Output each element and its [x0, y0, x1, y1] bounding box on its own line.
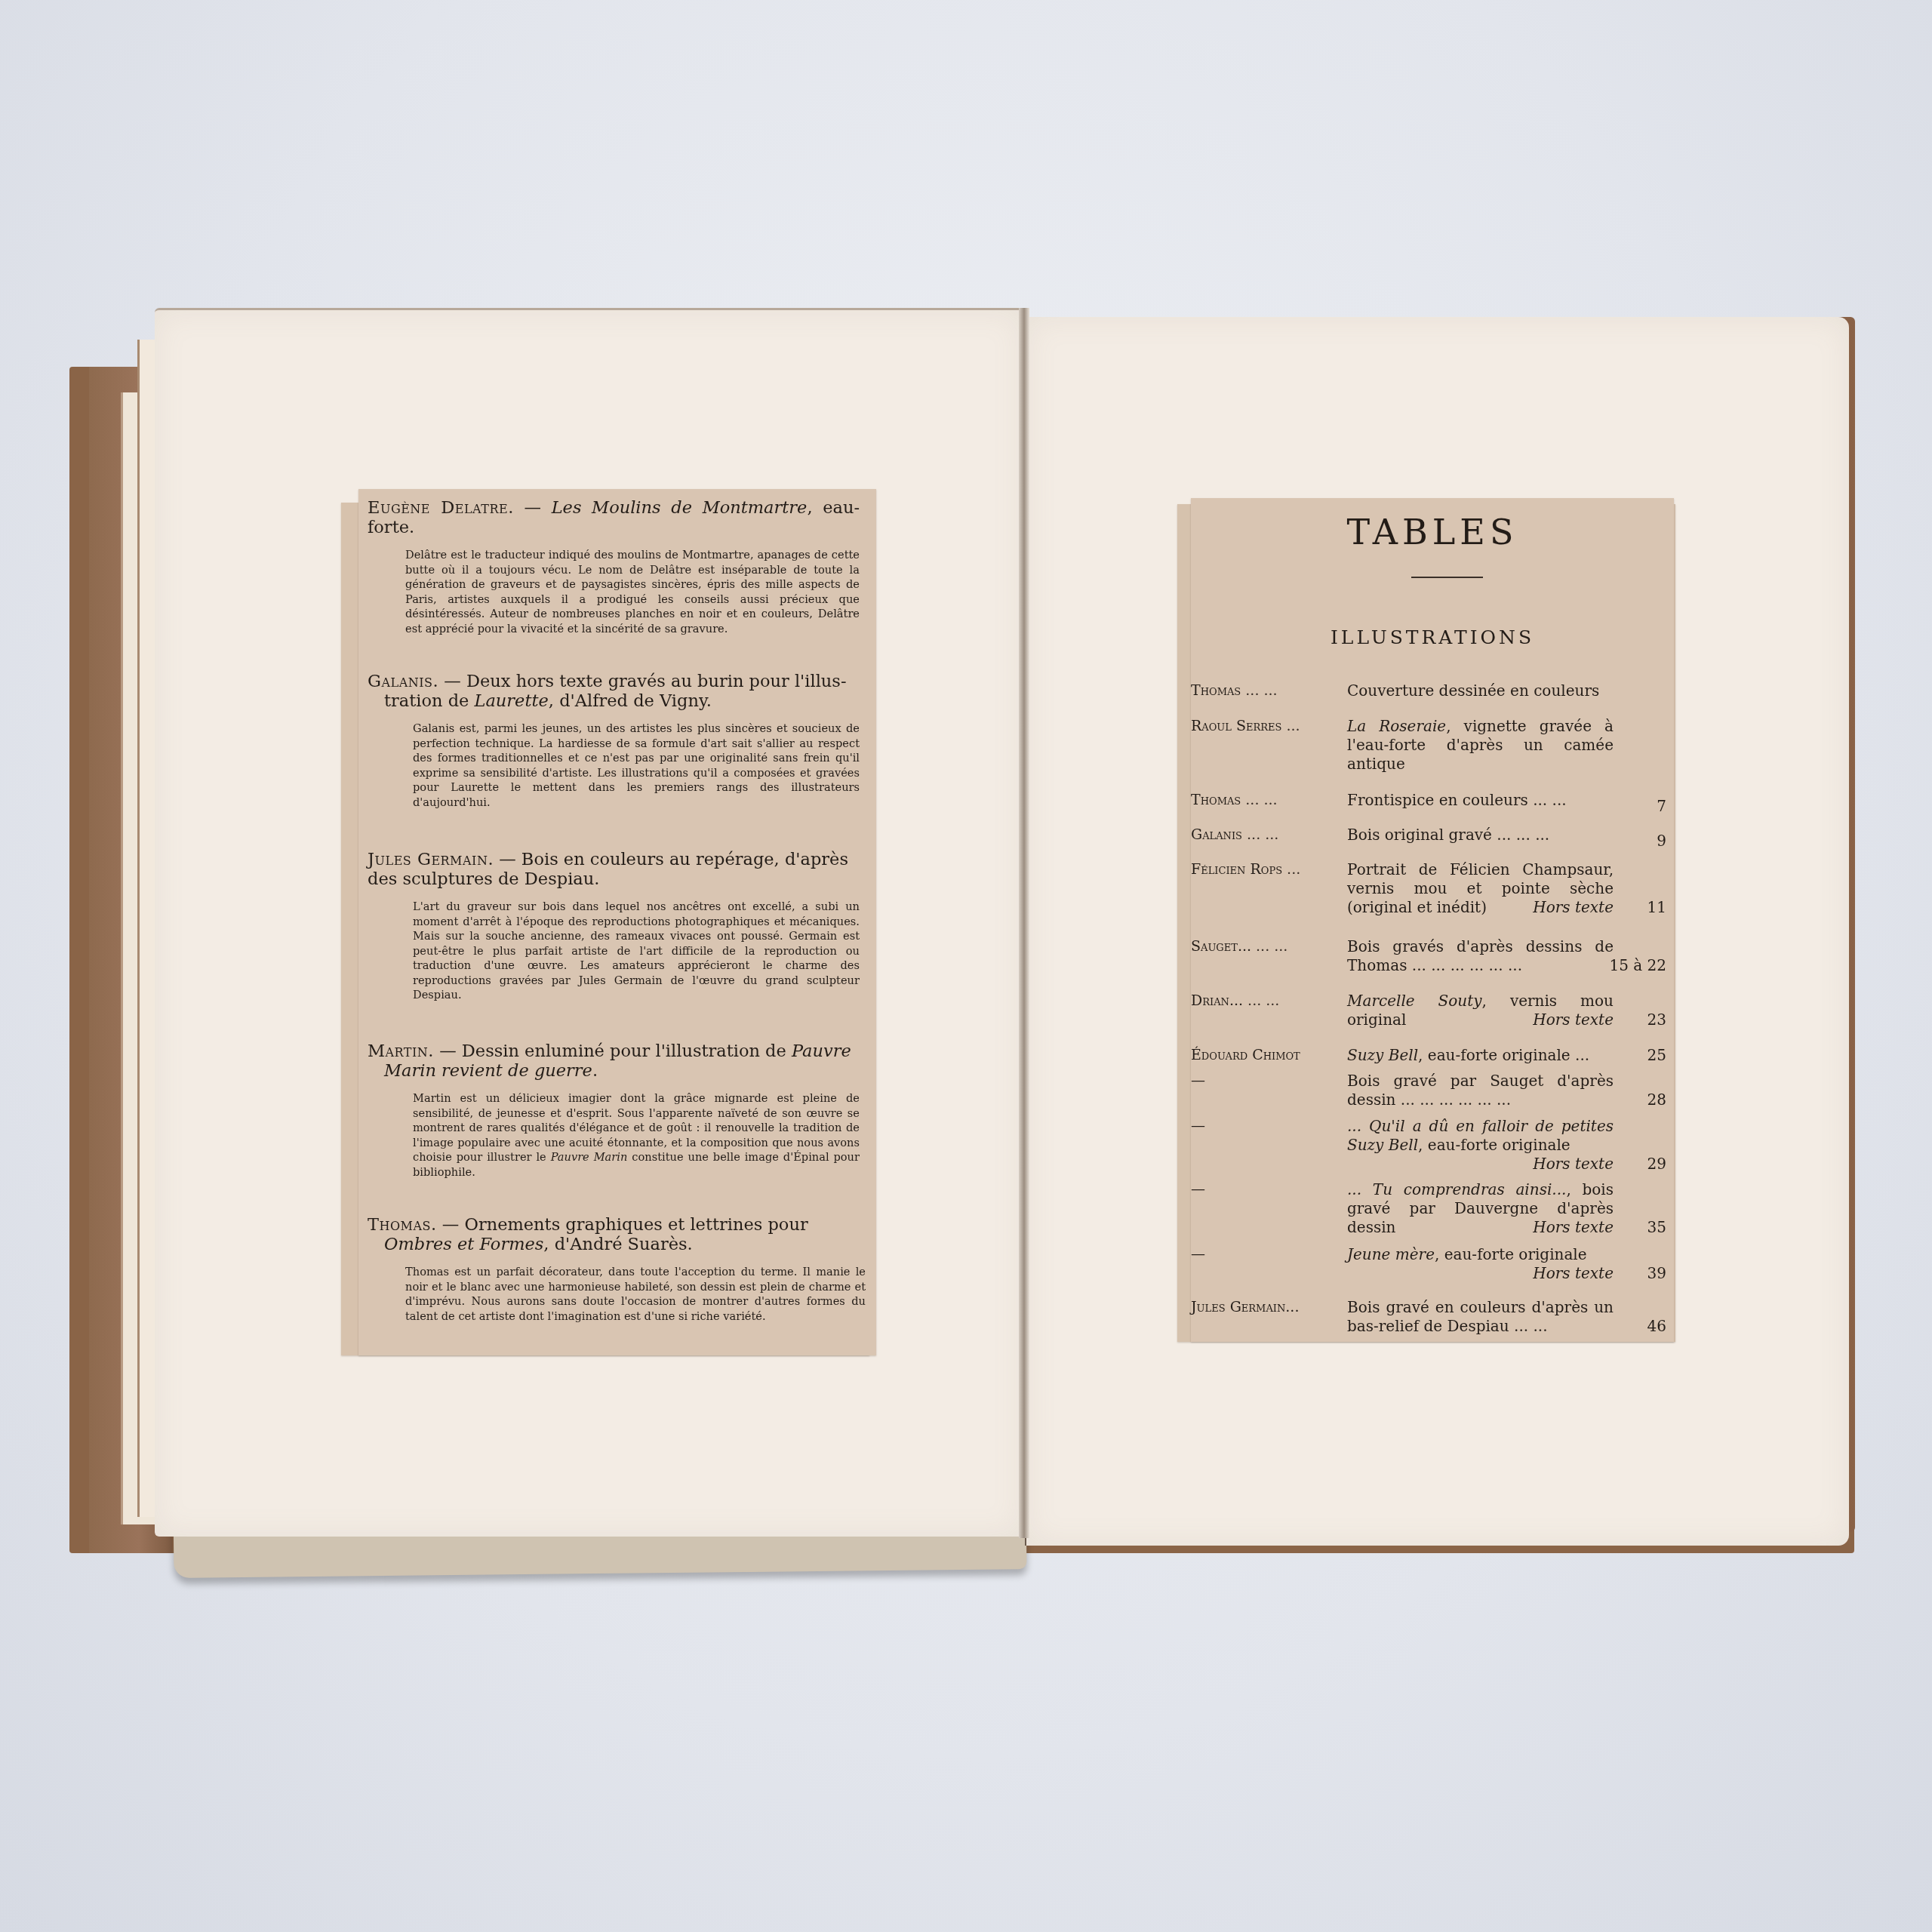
work-title: Jeune mère: [1347, 1245, 1435, 1263]
row-description: Bois gravé en couleurs d'après un bas-re…: [1347, 1298, 1614, 1336]
dot-leader: ... ...: [1251, 938, 1287, 955]
artist-name: Raoul Serres: [1191, 718, 1281, 734]
row-page: 15 à 22: [1609, 956, 1666, 975]
work-title: Les Moulins de Montmartre: [552, 498, 808, 518]
artist-name: Édouard Chimot: [1191, 1047, 1300, 1063]
entry-body: Galanis est, parmi les jeunes, un des ar…: [368, 721, 860, 810]
artist-name: Jules Germain.: [368, 850, 494, 869]
illustrations-heading: ILLUSTRATIONS: [1191, 626, 1674, 648]
work-title: Ombres et Formes: [384, 1235, 543, 1254]
row-page: 46: [1647, 1317, 1666, 1336]
work-title: Laurette: [475, 691, 549, 711]
row-page: 11: [1647, 898, 1666, 917]
row-artist: Félicien Rops ...: [1191, 860, 1342, 879]
heading-text: — Deux hors texte gravés au burin pour l…: [438, 672, 846, 691]
row-artist: Galanis ... ...: [1191, 826, 1342, 844]
hors-texte-label: Hors texte: [1533, 1155, 1614, 1174]
row-artist: Raoul Serres ...: [1191, 717, 1342, 736]
entry-galanis: Galanis. — Deux hors texte gravés au bur…: [368, 672, 860, 810]
artist-name: Martin.: [368, 1041, 434, 1061]
work-title: Pauvre Marin: [551, 1151, 628, 1164]
dot-leader: ... ...: [1243, 992, 1279, 1009]
row-artist: Drian... ... ...: [1191, 992, 1342, 1011]
desc-text: , eau-forte originale ...: [1418, 1046, 1589, 1064]
heading-text: .: [592, 1061, 598, 1081]
hors-texte-label: Hors texte: [1533, 1264, 1614, 1283]
tables-title: TABLES: [1191, 512, 1674, 552]
work-title: Suzy Bell: [1347, 1046, 1418, 1064]
ditto-dash: —: [1191, 1072, 1342, 1091]
row-page: 35: [1647, 1218, 1666, 1237]
heading-text: — Bois en couleurs au repérage, d'après: [494, 850, 848, 869]
heading-text: , d'André Suarès.: [543, 1235, 692, 1254]
entry-body: L'art du graveur sur bois dans lequel no…: [368, 900, 860, 1003]
artist-name: Galanis: [1191, 826, 1242, 843]
row-page: 9: [1657, 832, 1666, 851]
heading-continuation: Marin revient de guerre.: [368, 1061, 860, 1081]
row-description: Frontispice en couleurs ... ...: [1347, 791, 1614, 810]
work-title: Pauvre: [792, 1041, 851, 1061]
entry-martin: Martin. — Dessin enluminé pour l'illustr…: [368, 1041, 860, 1180]
row-page: 23: [1647, 1011, 1666, 1029]
artist-name: Eugène Delatre.: [368, 498, 514, 518]
entry-heading: Jules Germain. — Bois en couleurs au rep…: [368, 850, 860, 889]
title-rule: [1411, 577, 1483, 578]
row-artist: Thomas ... ...: [1191, 681, 1342, 700]
right-clipping-tables: TABLES ILLUSTRATIONS Thomas ... ... Couv…: [1191, 498, 1674, 1342]
row-description: Bois original gravé ... ... ...: [1347, 826, 1614, 844]
work-title: Marcelle Souty: [1347, 992, 1482, 1010]
dot-leader: ... ...: [1242, 826, 1278, 843]
entry-body: Delâtre est le traducteur indiqué des mo…: [368, 548, 860, 636]
row-description: Bois gravé par Sauget d'après dessin ...…: [1347, 1072, 1614, 1109]
heading-text: , d'Alfred de Vigny.: [549, 691, 712, 711]
row-description: Portrait de Félicien Champsaur, vernis m…: [1347, 860, 1614, 917]
artist-name: Galanis.: [368, 672, 438, 691]
artist-name: Thomas.: [368, 1215, 437, 1235]
work-title: La Roseraie: [1347, 717, 1446, 735]
row-description: Marcelle Souty, vernis mou original Hors…: [1347, 992, 1614, 1029]
ditto-dash: —: [1191, 1117, 1342, 1136]
row-artist: Sauget... ... ...: [1191, 937, 1342, 956]
row-description: La Roseraie, vignette gravée à l'eau-for…: [1347, 717, 1614, 774]
row-description: Bois gravés d'après dessins de Thomas ..…: [1347, 937, 1614, 975]
heading-dash: —: [514, 498, 552, 518]
work-title: ... Tu comprendras ainsi...: [1347, 1180, 1566, 1198]
entry-heading: Galanis. — Deux hors texte gravés au bur…: [368, 672, 860, 711]
heading-continuation: Ombres et Formes, d'André Suarès.: [368, 1235, 866, 1254]
dot-leader: ...: [1281, 718, 1300, 734]
hors-texte-label: Hors texte: [1533, 1218, 1614, 1237]
desc-text: , eau-forte originale: [1435, 1245, 1587, 1263]
row-description: Couverture dessinée en couleurs: [1347, 681, 1614, 700]
dot-leader: ...: [1282, 861, 1300, 878]
row-description: ... Tu comprendras ainsi..., bois gravé …: [1347, 1180, 1614, 1237]
artist-name: Félicien Rops: [1191, 861, 1282, 878]
work-title: Marin revient de guerre: [384, 1061, 592, 1081]
heading-continuation: tration de Laurette, d'Alfred de Vigny.: [368, 691, 860, 711]
entry-heading: Eugène Delatre. — Les Moulins de Montmar…: [368, 498, 860, 537]
desc-text: , eau-forte originale: [1418, 1136, 1571, 1154]
row-description: Jeune mère, eau-forte originale Hors tex…: [1347, 1245, 1614, 1283]
ditto-dash: —: [1191, 1180, 1342, 1199]
hors-texte-label: Hors texte: [1533, 1011, 1614, 1029]
row-page: 7: [1657, 797, 1666, 816]
entry-heading: Thomas. — Ornements graphiques et lettri…: [368, 1215, 866, 1254]
entry-thomas: Thomas. — Ornements graphiques et lettri…: [368, 1215, 866, 1324]
heading-text: — Dessin enluminé pour l'illustration de: [434, 1041, 792, 1061]
artist-name: Drian...: [1191, 992, 1243, 1009]
entry-body: Martin est un délicieux imagier dont la …: [368, 1091, 860, 1180]
artist-name: Sauget...: [1191, 938, 1251, 955]
row-description: ... Qu'il a dû en falloir de petites Suz…: [1347, 1117, 1614, 1174]
artist-name: Jules Germain...: [1191, 1299, 1299, 1315]
heading-text: — Ornements graphiques et lettrines pour: [437, 1215, 808, 1235]
row-page: 25: [1647, 1046, 1666, 1065]
dot-leader: ... ...: [1241, 682, 1277, 699]
left-clipping: Eugène Delatre. — Les Moulins de Montmar…: [358, 489, 876, 1355]
row-page: 28: [1647, 1091, 1666, 1109]
row-page: 29: [1647, 1155, 1666, 1174]
row-artist: Édouard Chimot: [1191, 1046, 1342, 1065]
row-artist: Jules Germain...: [1191, 1298, 1342, 1317]
book-gutter: [1019, 308, 1029, 1538]
dot-leader: ... ...: [1241, 792, 1277, 808]
ditto-dash: —: [1191, 1245, 1342, 1264]
entry-body: Thomas est un parfait décorateur, dans t…: [368, 1265, 866, 1324]
entry-delatre: Eugène Delatre. — Les Moulins de Montmar…: [368, 498, 860, 636]
hors-texte-label: Hors texte: [1533, 898, 1614, 917]
row-artist: Thomas ... ...: [1191, 791, 1342, 810]
artist-name: Thomas: [1191, 682, 1241, 699]
artist-name: Thomas: [1191, 792, 1241, 808]
row-page: 39: [1647, 1264, 1666, 1283]
entry-heading: Martin. — Dessin enluminé pour l'illustr…: [368, 1041, 860, 1081]
entry-germain: Jules Germain. — Bois en couleurs au rep…: [368, 850, 860, 1003]
heading-text: tration de: [384, 691, 475, 711]
heading-continuation: des sculptures de Despiau.: [368, 869, 860, 889]
row-description: Suzy Bell, eau-forte originale ...: [1347, 1046, 1614, 1065]
